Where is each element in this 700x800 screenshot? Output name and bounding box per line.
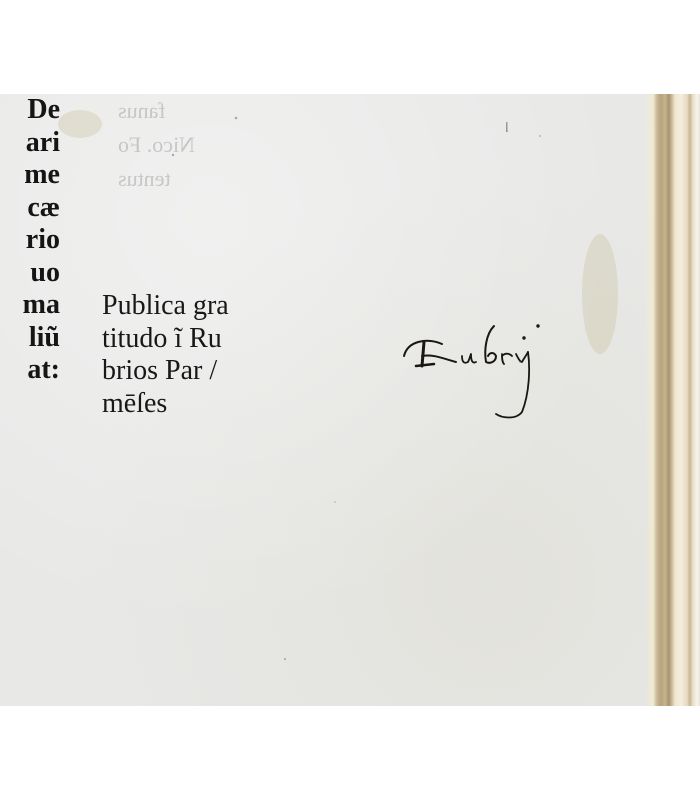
- paper-specks: [0, 94, 700, 706]
- page-edge-gutter: [645, 94, 700, 706]
- book-page: fanus Nico. Fo tentus De ari me cæ rio u…: [0, 94, 700, 706]
